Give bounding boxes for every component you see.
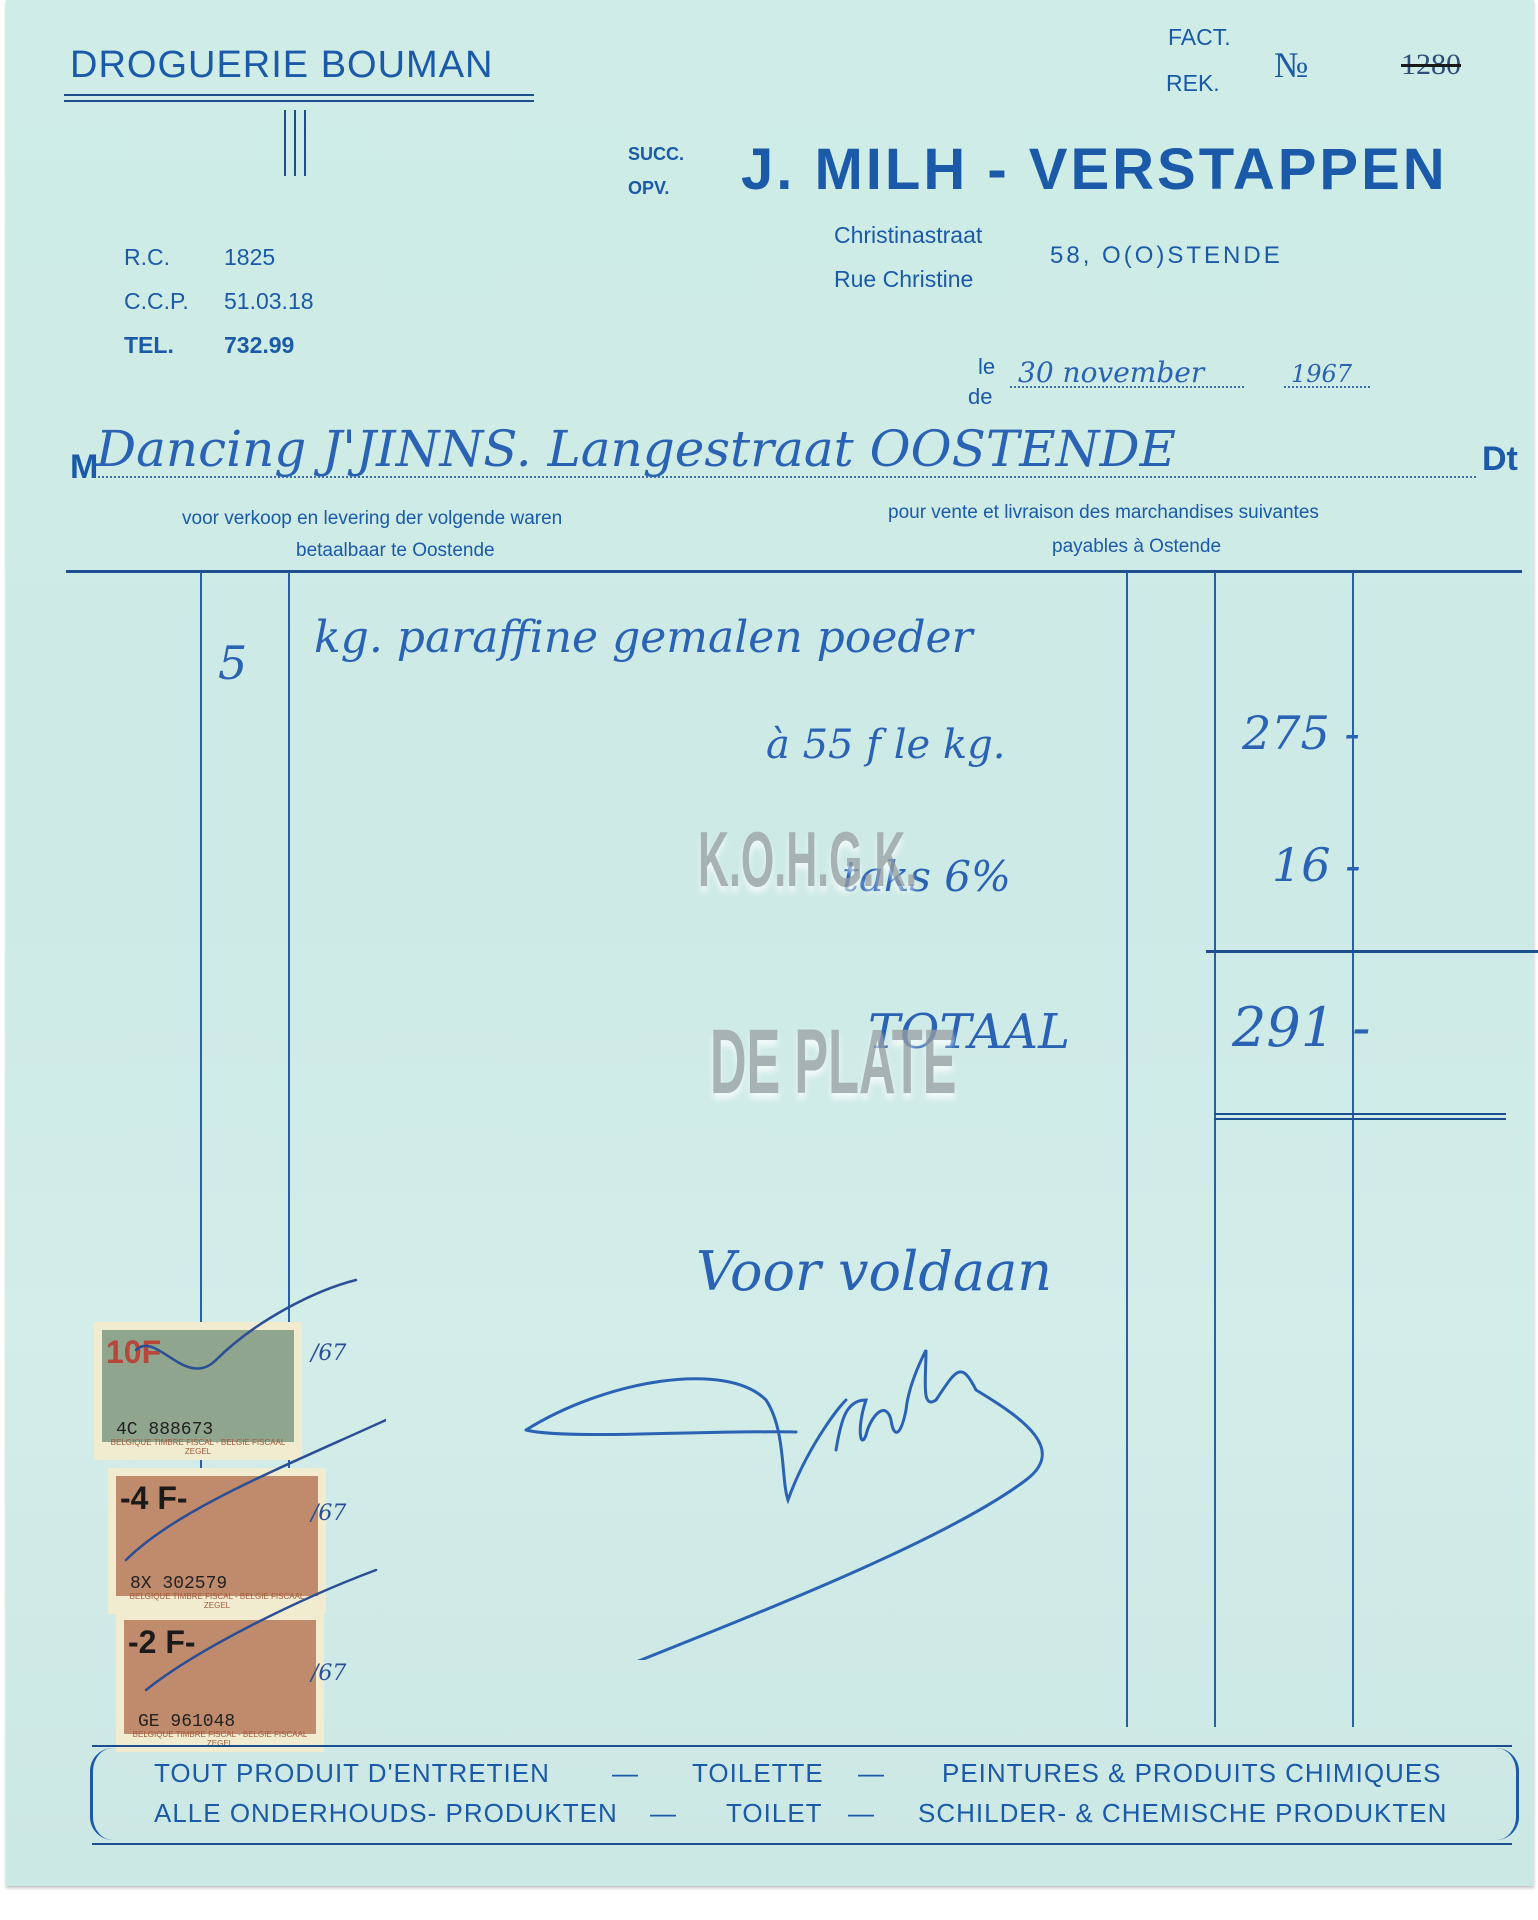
invoice-paper: DROGUERIE BOUMAN R.C. 1825 C.C.P. 51.03.… bbox=[6, 0, 1534, 1886]
registry-ccp-value: 51.03.18 bbox=[224, 288, 314, 315]
footer-fr-toilette: TOILETTE bbox=[692, 1758, 824, 1789]
tax-amount: 16 - bbox=[1272, 838, 1361, 892]
item-amount: 275 - bbox=[1242, 706, 1360, 760]
footer-nl-dash-2: — bbox=[848, 1798, 875, 1829]
registry-tel-value: 732.99 bbox=[224, 332, 294, 359]
signature-icon bbox=[506, 1340, 1066, 1660]
successor-label-fr: SUCC. bbox=[628, 144, 684, 165]
successor-label-nl: OPV. bbox=[628, 178, 669, 199]
footer-nl-toilet: TOILET bbox=[726, 1798, 823, 1829]
total-rule-1 bbox=[1214, 1113, 1506, 1115]
watermark-line-1: K.O.H.G.K. bbox=[698, 814, 917, 905]
svg-text:/67: /67 bbox=[309, 1501, 346, 1526]
subtitle-nl-1: voor verkoop en levering der volgende wa… bbox=[182, 508, 562, 530]
invoice-label-fr: FACT. bbox=[1168, 24, 1231, 51]
brand-underline-1 bbox=[64, 94, 534, 96]
footer-nl-paints: SCHILDER- & CHEMISCHE PRODUKTEN bbox=[918, 1798, 1447, 1829]
date-prefix-fr: le bbox=[978, 354, 995, 380]
brand-name: DROGUERIE BOUMAN bbox=[70, 44, 493, 87]
cancel-mark: /67 bbox=[309, 1341, 346, 1366]
total-rule-2 bbox=[1214, 1118, 1506, 1120]
registry-ccp-label: C.C.P. bbox=[124, 288, 189, 315]
column-line-price bbox=[1126, 572, 1128, 1727]
footer-fr-dash-2: — bbox=[858, 1758, 885, 1789]
footer-bracket-right bbox=[1496, 1748, 1519, 1840]
footer-nl-dash-1: — bbox=[650, 1798, 677, 1829]
registry-tel-label: TEL. bbox=[124, 332, 174, 359]
item-quantity: 5 bbox=[218, 636, 247, 690]
total-amount: 291 - bbox=[1232, 996, 1370, 1059]
stamp-cancellation-icon: /67 /67 /67 bbox=[96, 1270, 386, 1740]
invoice-number: 1280 bbox=[1401, 48, 1461, 82]
addressee-name: Dancing J'JINNS. Langestraat OOSTENDE bbox=[96, 420, 1176, 478]
footer-fr-paints: PEINTURES & PRODUITS CHIMIQUES bbox=[942, 1758, 1442, 1789]
brand-bar-2 bbox=[294, 110, 296, 176]
footer-nl-maintenance: ALLE ONDERHOUDS- PRODUKTEN bbox=[154, 1798, 618, 1829]
footer-fr-maintenance: TOUT PRODUIT D'ENTRETIEN bbox=[154, 1758, 550, 1789]
paid-note: Voor voldaan bbox=[696, 1240, 1052, 1303]
subtotal-rule bbox=[1206, 950, 1538, 953]
street-nl: Christinastraat bbox=[834, 222, 982, 249]
addressee-prefix: M bbox=[70, 448, 98, 487]
subtitle-fr-1: pour vente et livraison des marchandises… bbox=[888, 502, 1319, 524]
table-header-rule bbox=[66, 570, 1522, 573]
registry-rc-label: R.C. bbox=[124, 244, 170, 271]
item-description: kg. paraffine gemalen poeder bbox=[314, 612, 973, 663]
company-name: J. MILH - VERSTAPPEN bbox=[741, 136, 1448, 203]
item-unit-price: à 55 f le kg. bbox=[766, 722, 1005, 768]
watermark-line-2: DE PLATE bbox=[710, 1010, 956, 1115]
registry-rc-value: 1825 bbox=[224, 244, 275, 271]
brand-underline-2 bbox=[64, 100, 534, 102]
date-day-month: 30 november bbox=[1018, 356, 1204, 389]
column-line-amount bbox=[1214, 572, 1216, 1727]
footer-fr-dash-1: — bbox=[612, 1758, 639, 1789]
subtitle-nl-2: betaalbaar te Oostende bbox=[296, 540, 495, 562]
date-year: 1967 bbox=[1291, 360, 1352, 388]
brand-bar-3 bbox=[304, 110, 306, 176]
number-sign: № bbox=[1274, 44, 1308, 86]
subtitle-fr-2: payables à Ostende bbox=[1052, 536, 1221, 558]
invoice-label-nl: REK. bbox=[1166, 70, 1220, 97]
city-line: 58, O(O)STENDE bbox=[1050, 242, 1283, 270]
footer-bracket-left bbox=[90, 1748, 113, 1840]
date-prefix-nl: de bbox=[968, 384, 992, 410]
addressee-suffix: Dt bbox=[1482, 440, 1518, 479]
brand-bar-1 bbox=[284, 110, 286, 176]
svg-text:/67: /67 bbox=[309, 1661, 346, 1686]
street-fr: Rue Christine bbox=[834, 266, 973, 293]
